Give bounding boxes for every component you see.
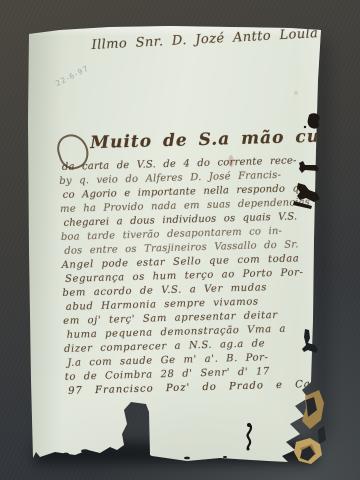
archival-pencil-note: 22-6-97 (54, 64, 90, 88)
letter-body: Muito de S.a mão custuma-da carta de V.S… (58, 127, 317, 400)
manuscript-paper: Illmo Snr. D. Jozé Antto Loula 22-6-97 M… (28, 24, 322, 468)
photograph-of-letter: Illmo Snr. D. Jozé Antto Loula 22-6-97 M… (0, 0, 360, 480)
address-line: Illmo Snr. D. Jozé Antto Loula (91, 26, 321, 53)
